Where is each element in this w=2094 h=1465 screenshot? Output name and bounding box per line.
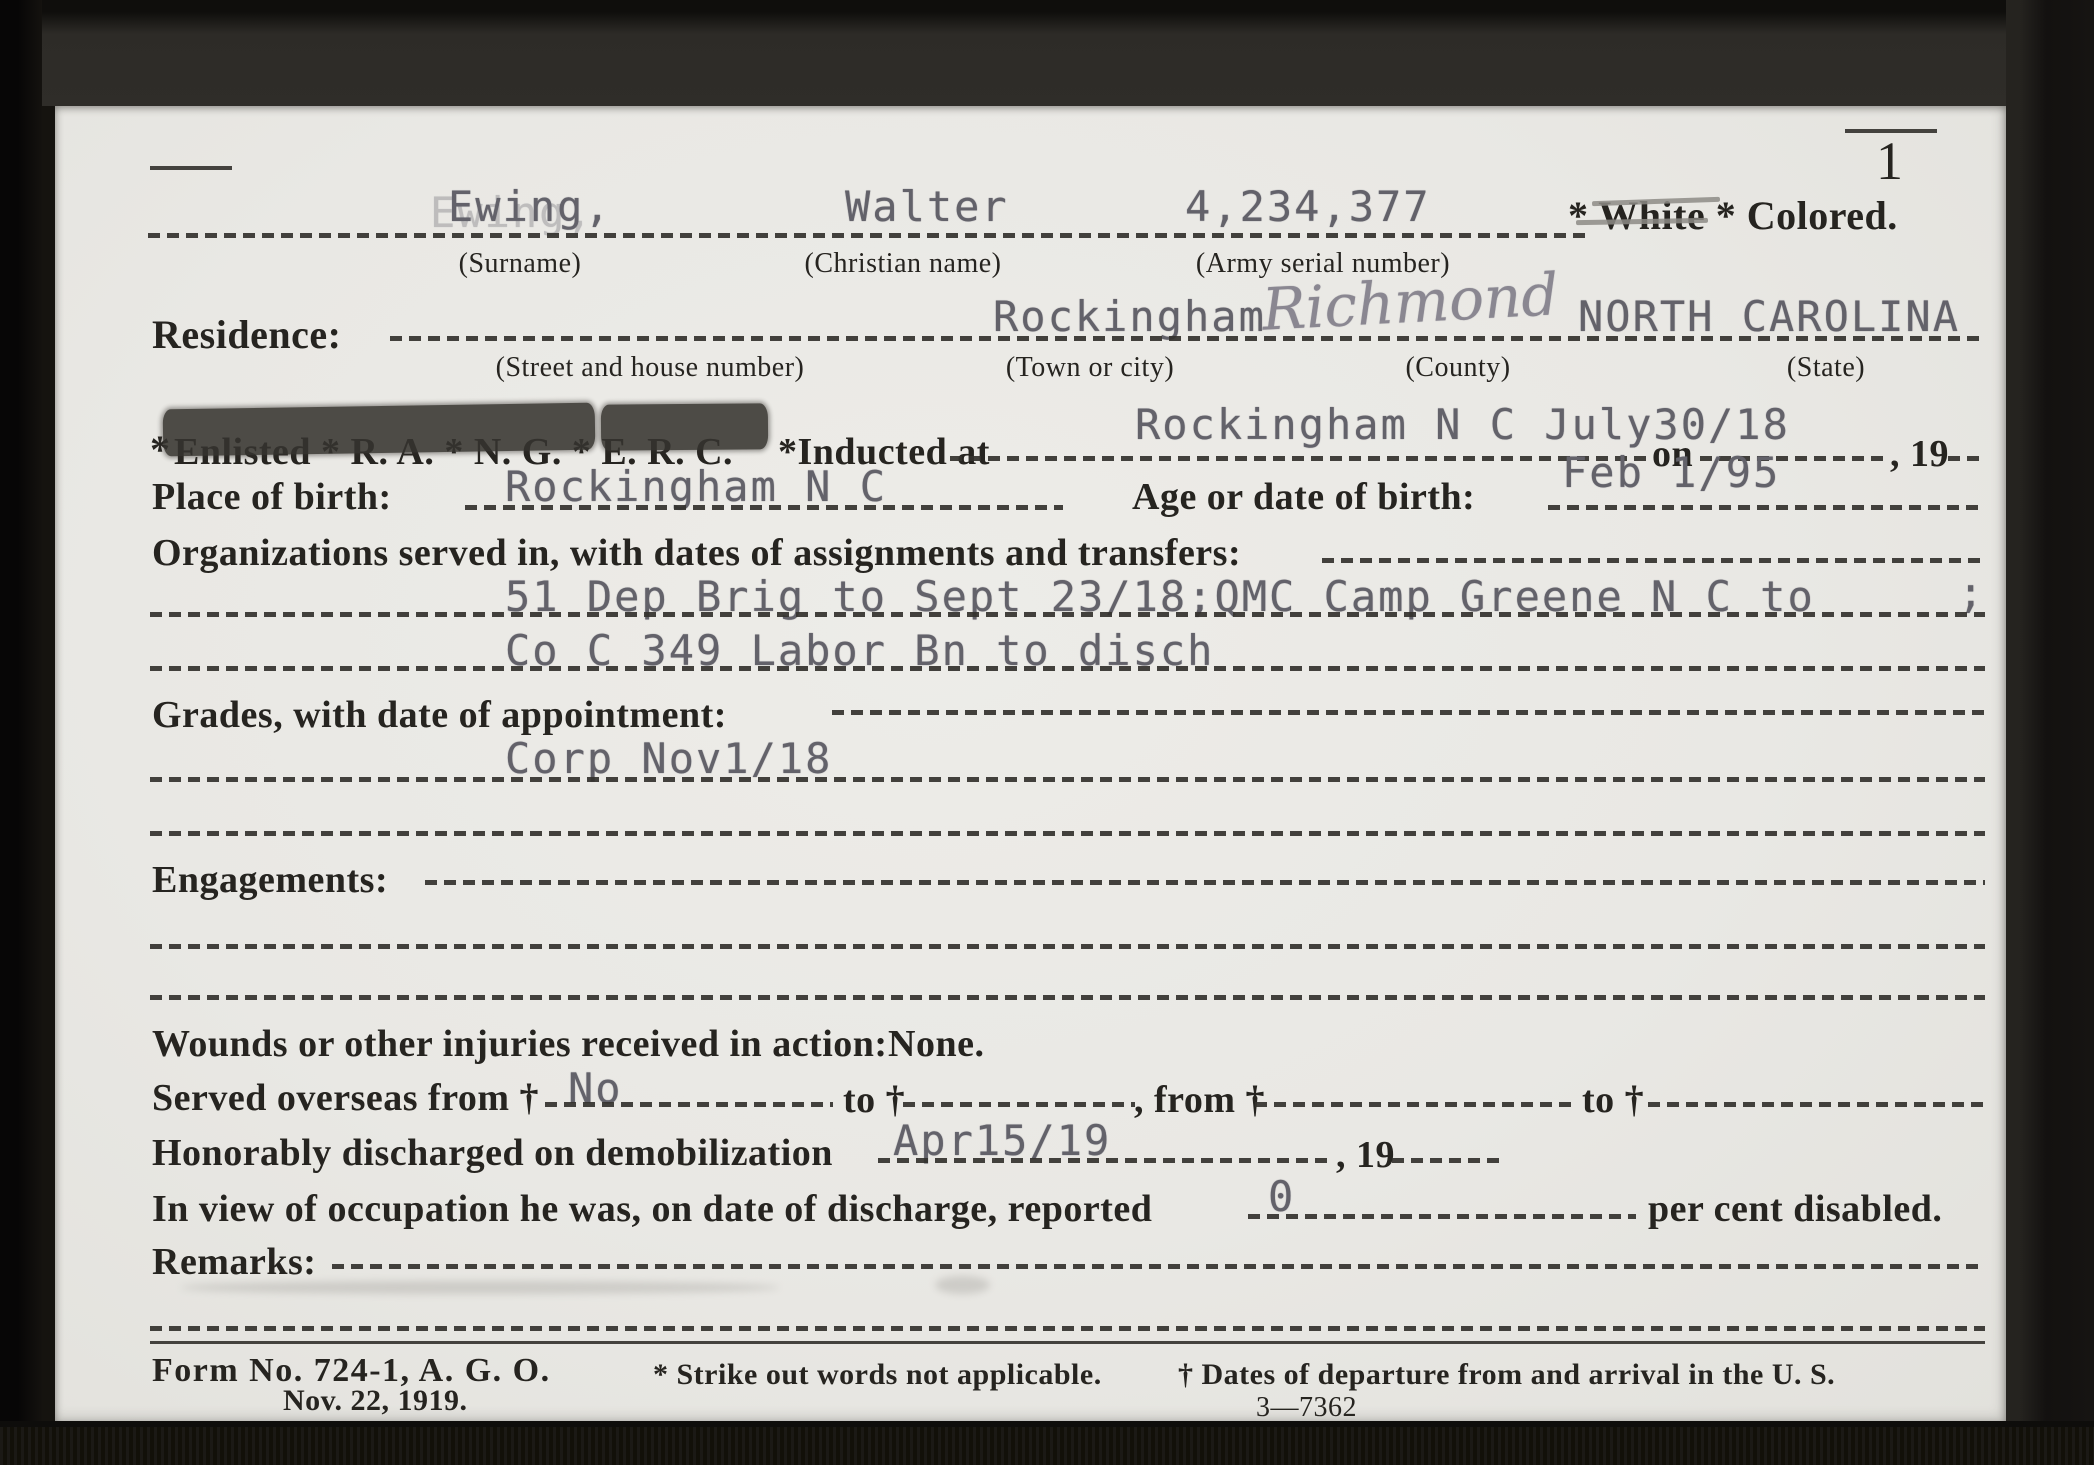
dotted-line: [903, 1102, 1135, 1107]
form-date: Nov. 22, 1919.: [283, 1384, 468, 1418]
discharge-label: Honorably discharged on demobilization: [152, 1131, 833, 1175]
army-serial-number-value: 4,234,377: [1185, 182, 1431, 231]
dotted-line: [1648, 1102, 1985, 1107]
scanned-service-card-page: 1 Ewing, Ewing, Walter 4,234,377 * White…: [0, 0, 2094, 1465]
christian-name-value: Walter: [845, 182, 1009, 231]
stray-semicolon-mark: ;: [1958, 568, 1985, 617]
age-or-dob-value: Feb 1/95: [1562, 448, 1780, 497]
dotted-line: [150, 1326, 1985, 1331]
state-label: (State): [1787, 352, 1865, 384]
dotted-line: [465, 505, 1063, 510]
discharge-year-19-label: , 19: [1336, 1133, 1395, 1177]
year-19-label: , 19: [1890, 432, 1949, 476]
scan-border-left: [0, 0, 42, 1465]
dotted-line: [425, 880, 1985, 885]
dotted-line: [148, 233, 1590, 238]
print-code: 3—7362: [1256, 1392, 1357, 1424]
place-of-birth-value: Rockingham N C: [505, 462, 887, 511]
strike-out-note: * Strike out words not applicable.: [653, 1358, 1102, 1392]
dotted-line: [150, 612, 1985, 617]
christian-name-label: (Christian name): [805, 248, 1002, 280]
dotted-line: [950, 456, 1648, 461]
dotted-line: [1322, 558, 1985, 563]
dotted-line: [390, 336, 1985, 341]
tick-mark-top-left: [150, 166, 232, 170]
engagements-label: Engagements:: [152, 858, 388, 902]
place-of-birth-label: Place of birth:: [152, 475, 392, 519]
surname-value: Ewing,: [448, 182, 612, 231]
pencil-smudge: [180, 1281, 780, 1294]
dotted-line: [150, 777, 1985, 782]
wounds-label: Wounds or other injuries received in act…: [152, 1022, 888, 1066]
scan-border-right: [2006, 0, 2094, 1465]
dotted-line: [1548, 505, 1985, 510]
dagger-note: † Dates of departure from and arrival in…: [1178, 1358, 1835, 1392]
dotted-line: [332, 1264, 1985, 1269]
served-overseas-label: Served overseas from †: [152, 1076, 539, 1120]
dotted-line: [150, 995, 1985, 1000]
pencil-smudge-small: [935, 1276, 990, 1294]
dotted-line: [150, 944, 1985, 949]
remarks-label: Remarks:: [152, 1240, 316, 1284]
residence-label: Residence:: [152, 311, 341, 358]
disability-label: In view of occupation he was, on date of…: [152, 1187, 1152, 1231]
organizations-label: Organizations served in, with dates of a…: [152, 531, 1241, 575]
scan-border-bottom: [0, 1421, 2094, 1465]
residence-state-value: NORTH CAROLINA: [1578, 292, 1960, 341]
percent-disabled-label: per cent disabled.: [1648, 1187, 1942, 1231]
dotted-line: [1392, 1158, 1504, 1163]
residence-town-value: Rockingham: [993, 292, 1266, 341]
race-options-text: * White * Colored.: [1568, 192, 1898, 239]
grades-label: Grades, with date of appointment:: [152, 693, 727, 737]
dotted-line: [832, 710, 1985, 715]
county-label: (County): [1405, 352, 1510, 384]
grades-value: Corp Nov1/18: [505, 734, 832, 783]
dotted-line: [150, 666, 1985, 671]
town-label: (Town or city): [1006, 352, 1174, 384]
street-label: (Street and house number): [496, 352, 805, 384]
dotted-line: [1255, 1102, 1573, 1107]
dotted-line: [1948, 456, 1986, 461]
age-or-dob-label: Age or date of birth:: [1132, 475, 1475, 519]
page-number: 1: [1876, 130, 1904, 192]
surname-label: (Surname): [459, 248, 582, 280]
overseas-to2-label: to †: [1582, 1078, 1644, 1122]
redaction-bar-right: [601, 403, 768, 450]
scan-border-top: [0, 0, 2094, 106]
dotted-line: [545, 1102, 833, 1107]
dotted-line: [1248, 1214, 1636, 1219]
dotted-line: [150, 831, 1985, 836]
redaction-bar-left: [163, 403, 596, 457]
overseas-from2-label: , from †: [1134, 1078, 1265, 1122]
dotted-line: [878, 1158, 1330, 1163]
footer-rule: [150, 1341, 1985, 1344]
wounds-value: None.: [888, 1022, 984, 1066]
